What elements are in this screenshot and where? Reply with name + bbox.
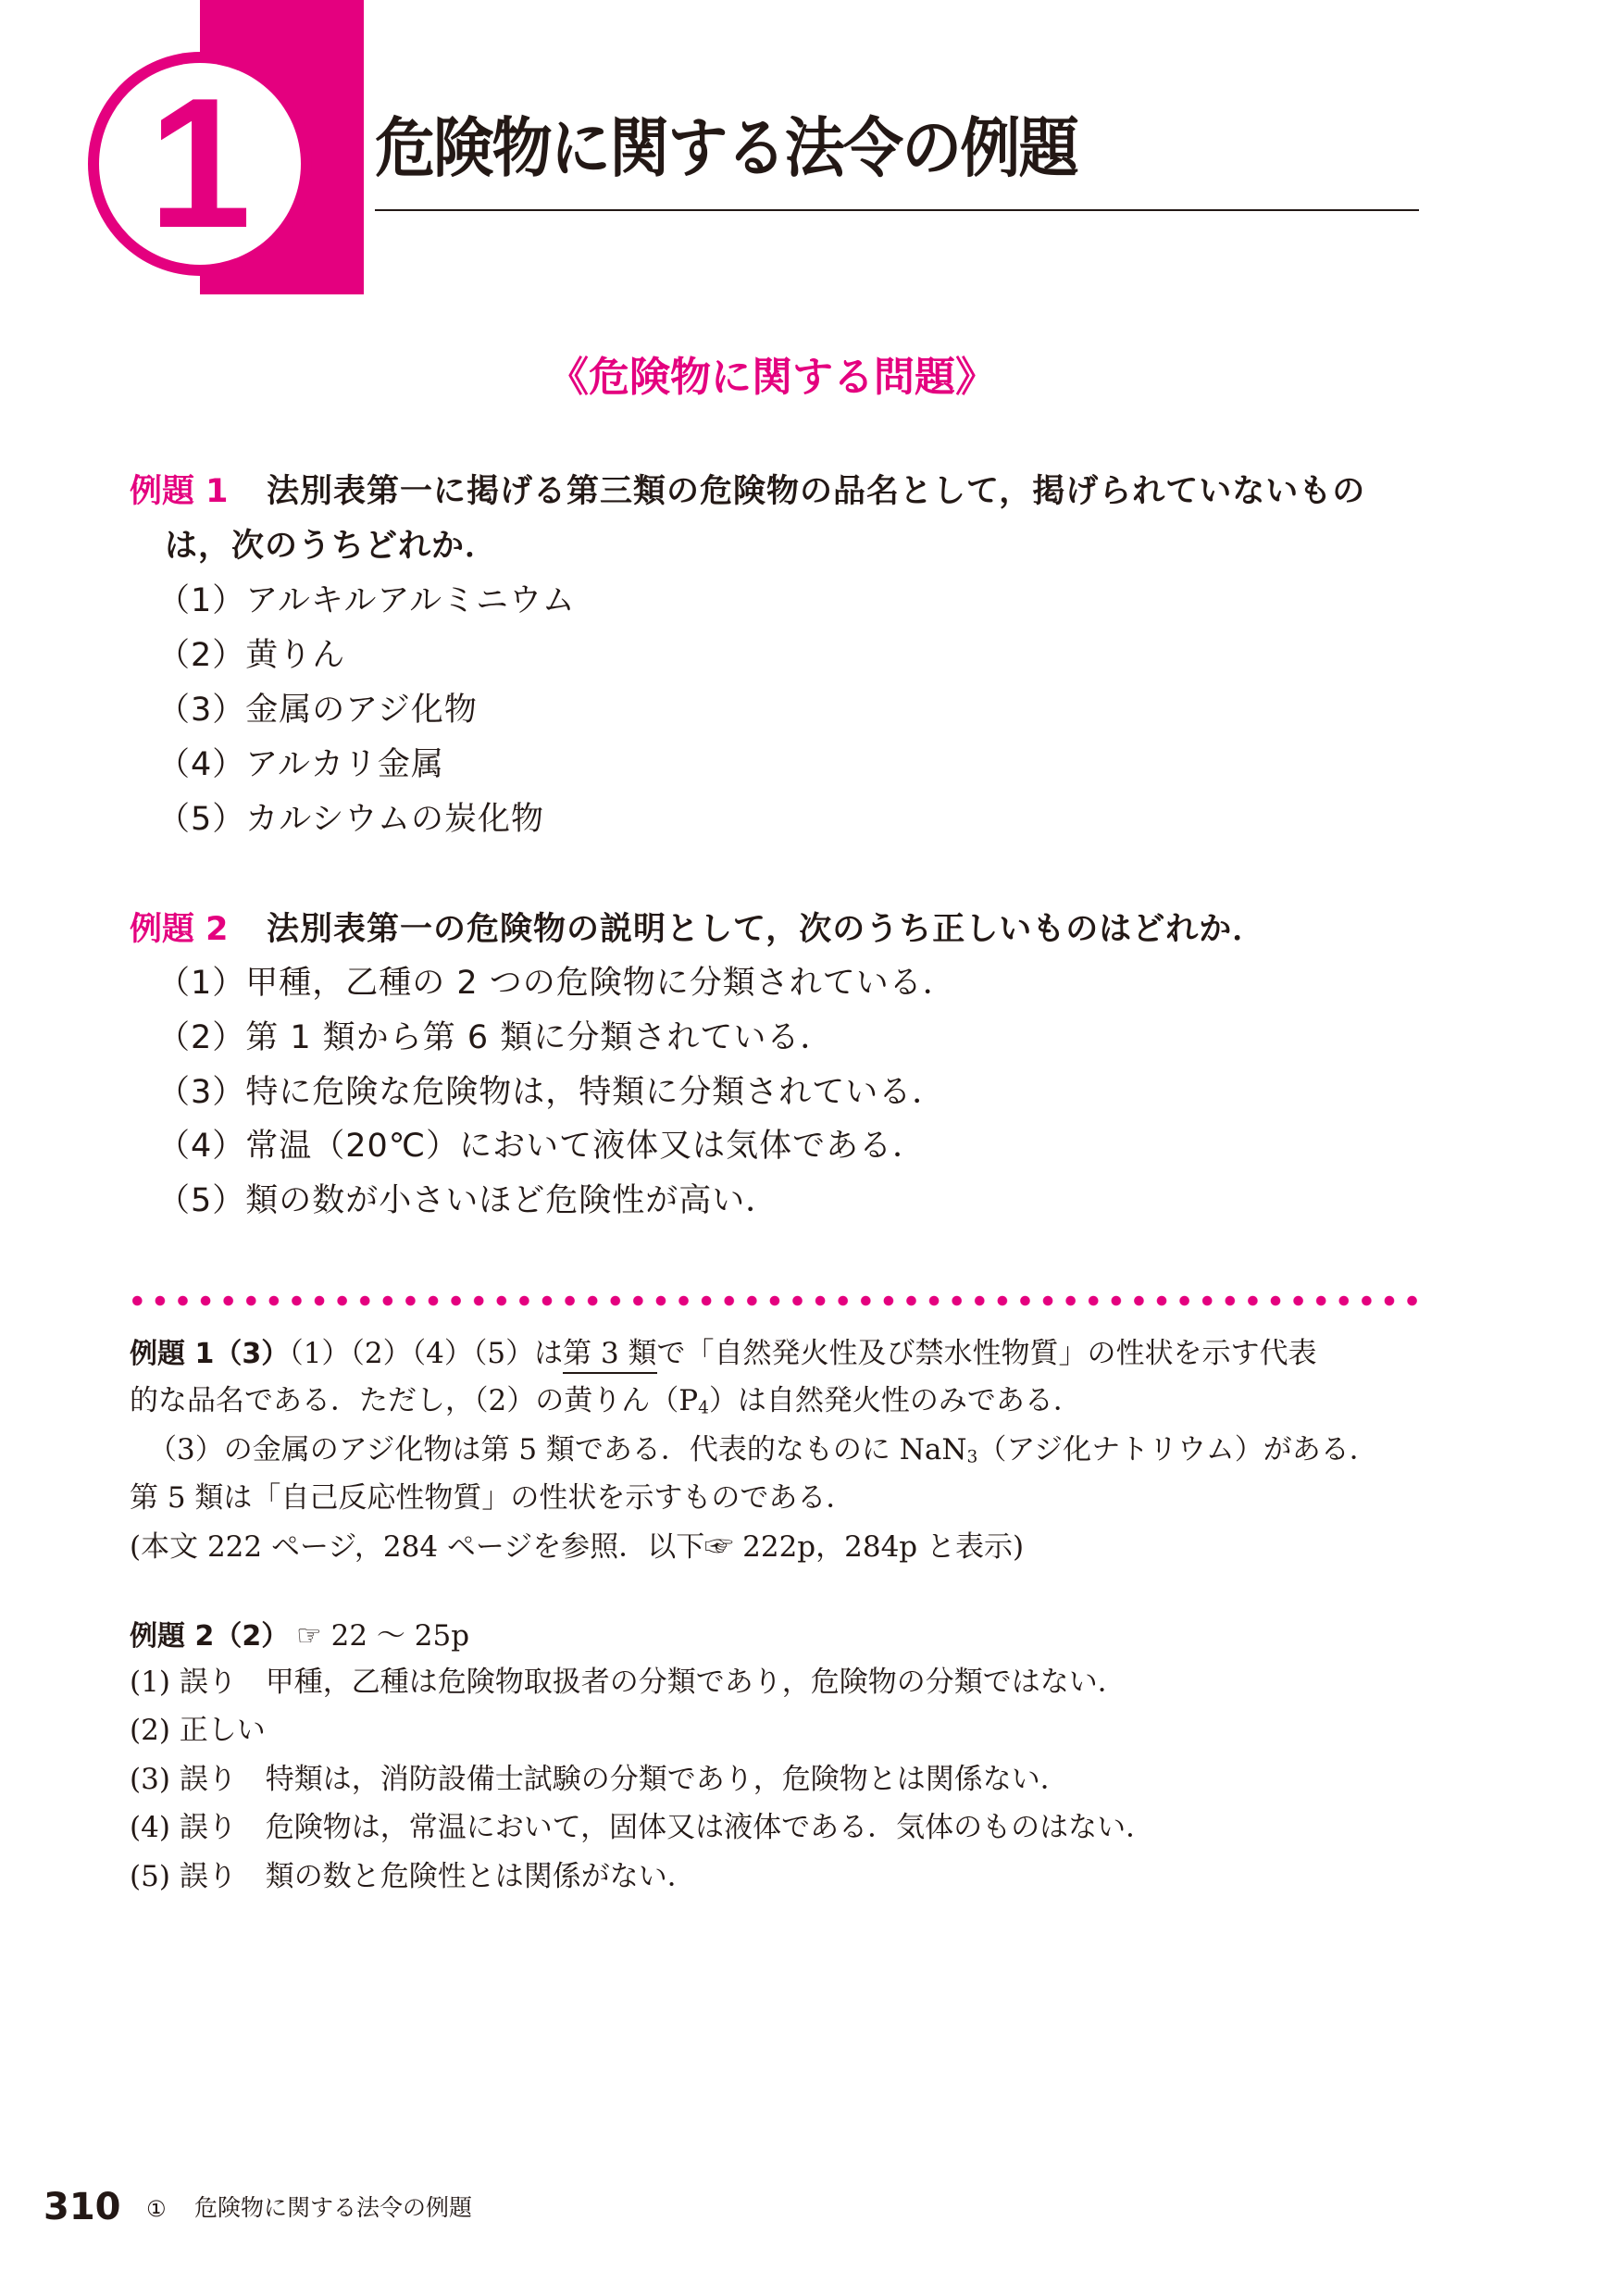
item-explanation: 危険物は，常温において，固体又は液体である．気体のものはない． [266, 1811, 1154, 1844]
option-number: （3） [157, 692, 245, 729]
item-verdict: 誤り [180, 1763, 237, 1796]
item-number: (3) [130, 1763, 170, 1796]
question-1-option-5: （5）カルシウムの炭化物 [157, 793, 544, 840]
question-1-option-3: （3）金属のアジ化物 [157, 684, 478, 730]
question-1-text-line1: 法別表第一に掲げる第三類の危険物の品名として，掲げられていないもの [267, 466, 1365, 512]
item-number: (4) [130, 1811, 170, 1844]
item-verdict: 誤り [180, 1860, 237, 1893]
question-2-option-1: （1）甲種，乙種の 2 つの危険物に分類されている． [157, 957, 956, 1004]
question-2-text: 法別表第一の危険物の説明として，次のうち正しいものはどれか． [267, 904, 1265, 950]
item-number: (2) [130, 1714, 170, 1747]
question-1-option-2: （2）黄りん [157, 630, 345, 676]
footer-chapter-title: 危険物に関する法令の例題 [194, 2196, 472, 2219]
answer-1-text: （1）（2）（4）（5）は [289, 1337, 563, 1370]
question-1-label: 例題 1 [130, 466, 229, 512]
chapter-title: 危険物に関する法令の例題 [375, 116, 1077, 181]
question-2-option-3: （3）特に危険な危険物は，特類に分類されている． [157, 1067, 945, 1113]
option-number: （2） [157, 1019, 245, 1056]
option-number: （2） [157, 637, 245, 674]
page-reference: ☞ 22 ～ 25p [296, 1619, 469, 1653]
answer-1-text: で「自然発火性及び禁水性物質」の性状を示す代表 [657, 1337, 1317, 1370]
chapter-title-underline [375, 209, 1419, 211]
item-number: (1) [130, 1666, 170, 1699]
option-text: 第 1 類から第 6 類に分類されている． [245, 1019, 833, 1056]
section-heading: 《危険物に関する問題》 [0, 357, 1618, 398]
answer-2-item-3: (3) 誤り 特類は，消防設備士試験の分類であり，危険物とは関係ない． [130, 1766, 1069, 1794]
section-heading-text: 《危険物に関する問題》 [548, 357, 996, 398]
item-verdict: 誤り [180, 1811, 237, 1844]
item-explanation: 甲種，乙種は危険物取扱者の分類であり，危険物の分類ではない． [266, 1666, 1126, 1699]
question-1-text-line2: は，次のうちどれか． [165, 520, 498, 567]
question-1-option-1: （1）アルキルアルミニウム [157, 575, 576, 621]
subscript: 3 [967, 1448, 978, 1467]
answer-1-label: 例題 1（3） [130, 1338, 289, 1370]
answer-2-label: 例題 2（2） [130, 1620, 289, 1653]
option-number: （4） [157, 746, 245, 783]
option-text: アルキルアルミニウム [245, 582, 576, 619]
answer-2-item-4: (4) 誤り 危険物は，常温において，固体又は液体である．気体のものはない． [130, 1814, 1154, 1842]
answer-1-text: ）は自然発火性のみである． [709, 1384, 1082, 1417]
option-number: （5） [157, 1182, 245, 1219]
answer-2-header: 例題 2（2） ☞ 22 ～ 25p [130, 1621, 469, 1651]
option-text: 甲種，乙種の 2 つの危険物に分類されている． [245, 965, 956, 1002]
option-text: 類の数が小さいほど危険性が高い． [245, 1182, 778, 1219]
option-number: （1） [157, 582, 245, 619]
option-number: （1） [157, 965, 245, 1002]
question-1-option-4: （4）アルカリ金属 [157, 739, 444, 785]
underlined-term: 第 3 類 [563, 1337, 656, 1374]
answer-1-reference: (本文 222 ページ，284 ページを参照．以下☞ 222p，284p と表示… [130, 1533, 1024, 1562]
option-text: カルシウムの炭化物 [245, 801, 544, 838]
page-number: 310 [44, 2189, 121, 2226]
option-text: 金属のアジ化物 [245, 692, 478, 729]
answer-2-item-5: (5) 誤り 類の数と危険性とは関係がない． [130, 1863, 696, 1891]
answer-2-item-2: (2) 正しい [130, 1716, 266, 1745]
answer-1-text: （アジ化ナトリウム）がある． [977, 1433, 1377, 1466]
option-text: 黄りん [245, 637, 345, 674]
answer-1-line3: （3）の金属のアジ化物は第 5 類である．代表的なものに NaN3（アジ化ナトリ… [148, 1436, 1378, 1466]
option-text: 常温（20℃）において液体又は気体である． [245, 1128, 926, 1165]
chapter-number-circle: 1 [88, 52, 312, 276]
item-verdict: 誤り [180, 1666, 237, 1699]
option-number: （4） [157, 1128, 245, 1165]
option-number: （5） [157, 801, 245, 838]
subscript: 4 [698, 1399, 709, 1418]
item-explanation: 類の数と危険性とは関係がない． [266, 1860, 696, 1893]
question-2-option-4: （4）常温（20℃）において液体又は気体である． [157, 1120, 926, 1167]
answer-1-text: （3）の金属のアジ化物は第 5 類である．代表的なものに NaN [148, 1433, 967, 1466]
option-number: （3） [157, 1074, 245, 1111]
item-explanation: 特類は，消防設備士試験の分類であり，危険物とは関係ない． [266, 1763, 1069, 1796]
answer-1-line4: 第 5 類は「自己反応性物質」の性状を示すものである． [130, 1484, 854, 1513]
question-2-label: 例題 2 [130, 904, 229, 950]
item-verdict: 正しい [180, 1714, 266, 1747]
dotted-divider [126, 1295, 1422, 1306]
question-2-option-2: （2）第 1 類から第 6 類に分類されている． [157, 1012, 833, 1058]
chapter-number: 1 [88, 52, 312, 276]
footer-chapter-mark: ① [146, 2198, 167, 2220]
answer-1-line1: 例題 1（3）（1）（2）（4）（5）は第 3 類で「自然発火性及び禁水性物質」… [130, 1339, 1317, 1368]
option-text: 特に危険な危険物は，特類に分類されている． [245, 1074, 945, 1111]
option-text: アルカリ金属 [245, 746, 444, 783]
item-number: (5) [130, 1860, 170, 1893]
answer-2-item-1: (1) 誤り 甲種，乙種は危険物取扱者の分類であり，危険物の分類ではない． [130, 1668, 1126, 1697]
answer-1-text: 的な品名である．ただし，（2）の黄りん（P [130, 1384, 698, 1417]
question-2-option-5: （5）類の数が小さいほど危険性が高い． [157, 1175, 778, 1221]
answer-1-line2: 的な品名である．ただし，（2）の黄りん（P4）は自然発火性のみである． [130, 1387, 1082, 1417]
